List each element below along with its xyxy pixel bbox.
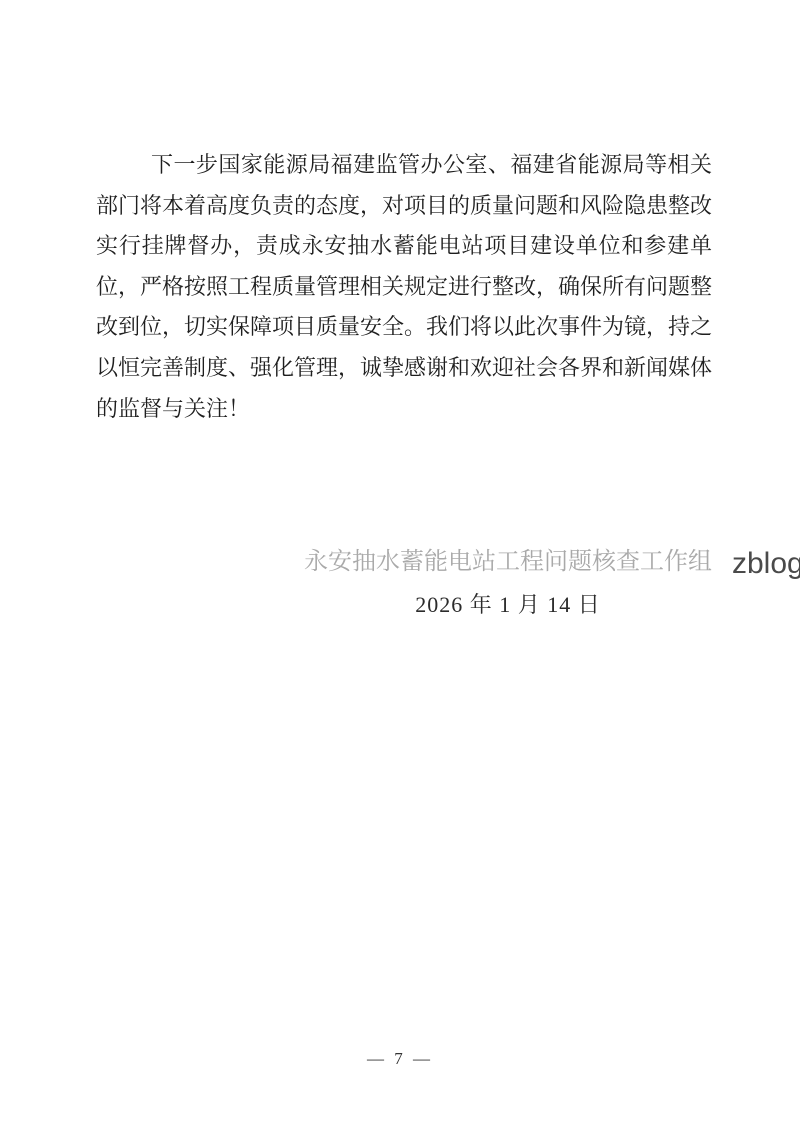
document-page: 下一步国家能源局福建监管办公室、福建省能源局等相关部门将本着高度负责的态度，对项… [0, 0, 800, 1131]
signature-organization: 永安抽水蓄能电站工程问题核查工作组 [304, 548, 712, 576]
signature-block: 永安抽水蓄能电站工程问题核查工作组 2026 年 1 月 14 日 [304, 548, 712, 619]
zblog-watermark: zblog [732, 546, 800, 582]
body-paragraph: 下一步国家能源局福建监管办公室、福建省能源局等相关部门将本着高度负责的态度，对项… [96, 145, 712, 429]
signature-date: 2026 年 1 月 14 日 [304, 591, 712, 619]
page-number: — 7 — [0, 1048, 800, 1070]
